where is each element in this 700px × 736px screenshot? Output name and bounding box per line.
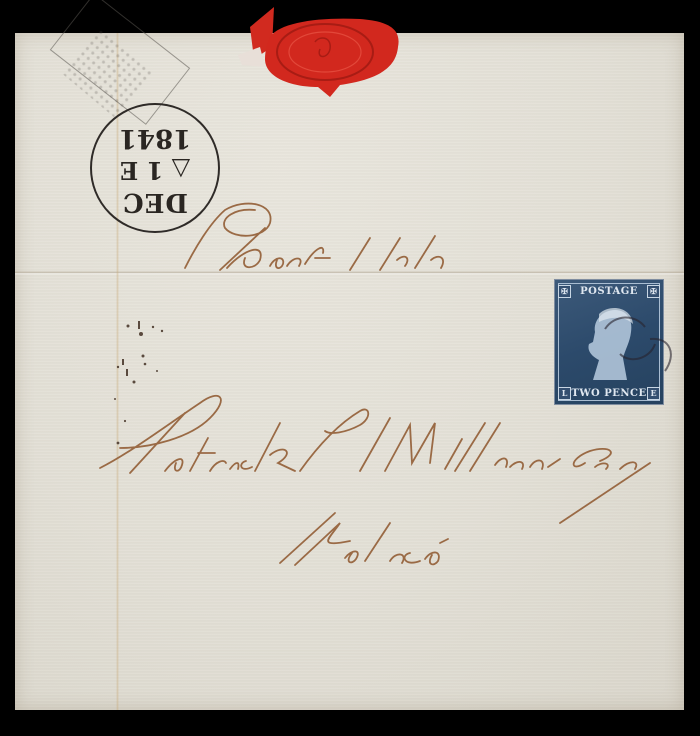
letter-cover: DEC △ 1 E 1841 9 Decr 1841 Patrick Wilso… [15, 33, 684, 710]
handwritten-docket-date: 9 Decr 1841 [165, 198, 505, 278]
maltese-cross-icon: ✠ [558, 285, 571, 298]
postmark-year: 1841 [92, 123, 218, 153]
maltese-cross-cancellation [575, 299, 685, 399]
postmark-day: △ 1 E [92, 156, 218, 185]
stamp-top-label: POSTAGE [571, 286, 647, 297]
stamp-corner-letter-left: L [558, 387, 571, 400]
stamp-top-row: ✠ POSTAGE ✠ [558, 284, 660, 298]
red-wax-seal [220, 7, 402, 103]
maltese-cross-icon: ✠ [647, 285, 660, 298]
